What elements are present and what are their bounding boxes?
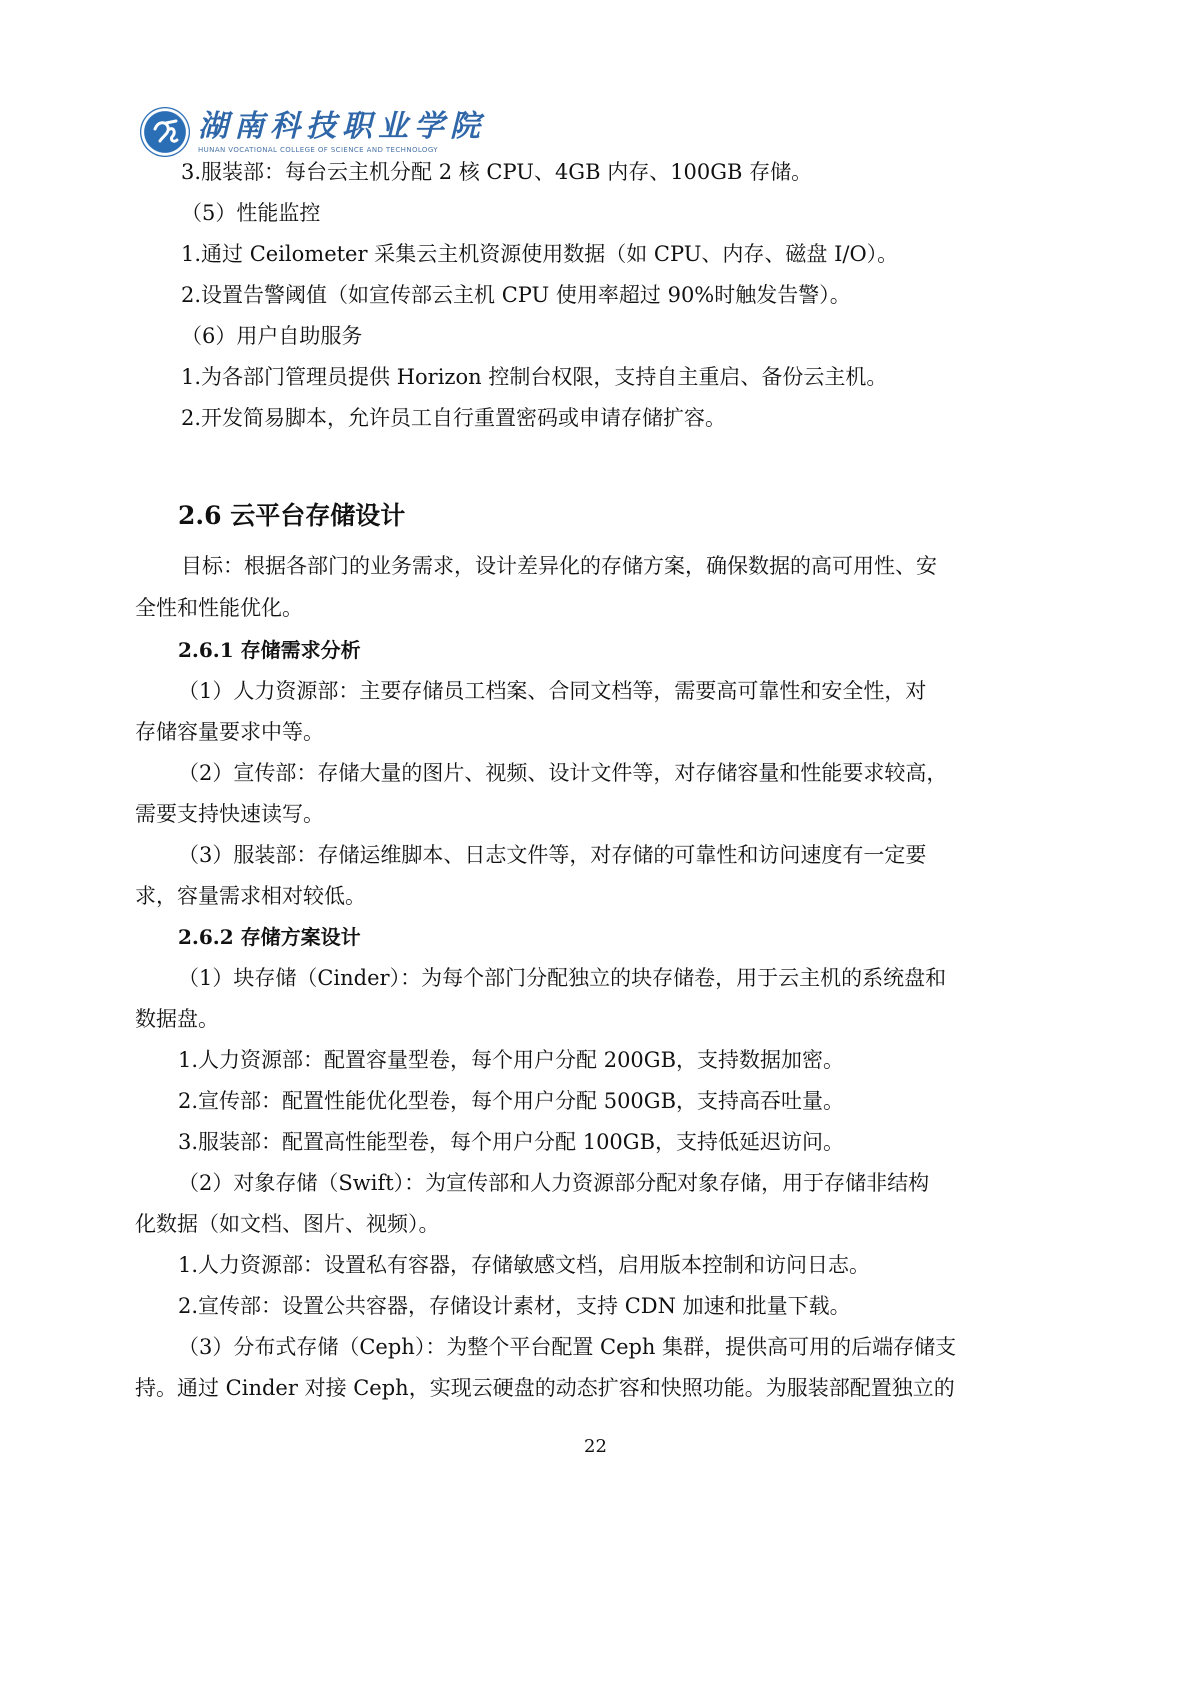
logo-english-name: HUNAN VOCATIONAL COLLEGE OF SCIENCE AND …: [198, 145, 486, 155]
list-item: 3.服装部：配置高性能型卷，每个用户分配 100GB，支持低延迟访问。: [178, 1128, 844, 1156]
paragraph-line: 3.服装部：每台云主机分配 2 核 CPU、4GB 内存、100GB 存储。: [181, 158, 812, 186]
logo-chinese-name: 湖南科技职业学院: [198, 110, 486, 144]
paragraph-line: （2）宣传部：存储大量的图片、视频、设计文件等，对存储容量和性能要求较高，: [178, 759, 947, 787]
section-heading: 2.6 云平台存储设计: [178, 500, 405, 532]
college-logo: 湖南科技职业学院 HUNAN VOCATIONAL COLLEGE OF SCI…: [140, 104, 486, 160]
list-item: 2.宣传部：配置性能优化型卷，每个用户分配 500GB，支持高吞吐量。: [178, 1087, 844, 1115]
paragraph-line: 化数据（如文档、图片、视频）。: [135, 1210, 440, 1238]
paragraph-line: （3）服装部：存储运维脚本、日志文件等，对存储的可靠性和访问速度有一定要: [178, 841, 926, 869]
paragraph-line: 存储容量要求中等。: [135, 718, 324, 746]
paragraph-line: 1.通过 Ceilometer 采集云主机资源使用数据（如 CPU、内存、磁盘 …: [181, 240, 898, 268]
document-page: 湖南科技职业学院 HUNAN VOCATIONAL COLLEGE OF SCI…: [0, 0, 1191, 1684]
paragraph-line: 数据盘。: [135, 1005, 219, 1033]
college-emblem-icon: [140, 107, 190, 157]
paragraph-line: 目标：根据各部门的业务需求，设计差异化的存储方案，确保数据的高可用性、安: [181, 552, 937, 580]
paragraph-line: （1）块存储（Cinder）：为每个部门分配独立的块存储卷，用于云主机的系统盘和: [178, 964, 946, 992]
paragraph-line: 全性和性能优化。: [135, 594, 303, 622]
paragraph-line: （1）人力资源部：主要存储员工档案、合同文档等，需要高可靠性和安全性，对: [178, 677, 926, 705]
paragraph-line: 求，容量需求相对较低。: [135, 882, 366, 910]
list-item: 1.人力资源部：设置私有容器，存储敏感文档，启用版本控制和访问日志。: [178, 1251, 870, 1279]
list-heading: （5）性能监控: [181, 199, 320, 227]
paragraph-line: （3）分布式存储（Ceph）：为整个平台配置 Ceph 集群，提供高可用的后端存…: [178, 1333, 956, 1361]
paragraph-line: 1.为各部门管理员提供 Horizon 控制台权限，支持自主重启、备份云主机。: [181, 363, 887, 391]
paragraph-line: 持。通过 Cinder 对接 Ceph，实现云硬盘的动态扩容和快照功能。为服装部…: [135, 1374, 955, 1402]
paragraph-line: 需要支持快速读写。: [135, 800, 324, 828]
list-item: 2.宣传部：设置公共容器，存储设计素材，支持 CDN 加速和批量下载。: [178, 1292, 851, 1320]
list-heading: （6）用户自助服务: [181, 322, 362, 350]
subsection-heading: 2.6.2 存储方案设计: [178, 923, 361, 951]
page-number: 22: [0, 1436, 1191, 1458]
list-item: 1.人力资源部：配置容量型卷，每个用户分配 200GB，支持数据加密。: [178, 1046, 844, 1074]
subsection-heading: 2.6.1 存储需求分析: [178, 636, 361, 664]
paragraph-line: 2.开发简易脚本，允许员工自行重置密码或申请存储扩容。: [181, 404, 726, 432]
paragraph-line: （2）对象存储（Swift）：为宣传部和人力资源部分配对象存储，用于存储非结构: [178, 1169, 929, 1197]
paragraph-line: 2.设置告警阈值（如宣传部云主机 CPU 使用率超过 90%时触发告警）。: [181, 281, 851, 309]
